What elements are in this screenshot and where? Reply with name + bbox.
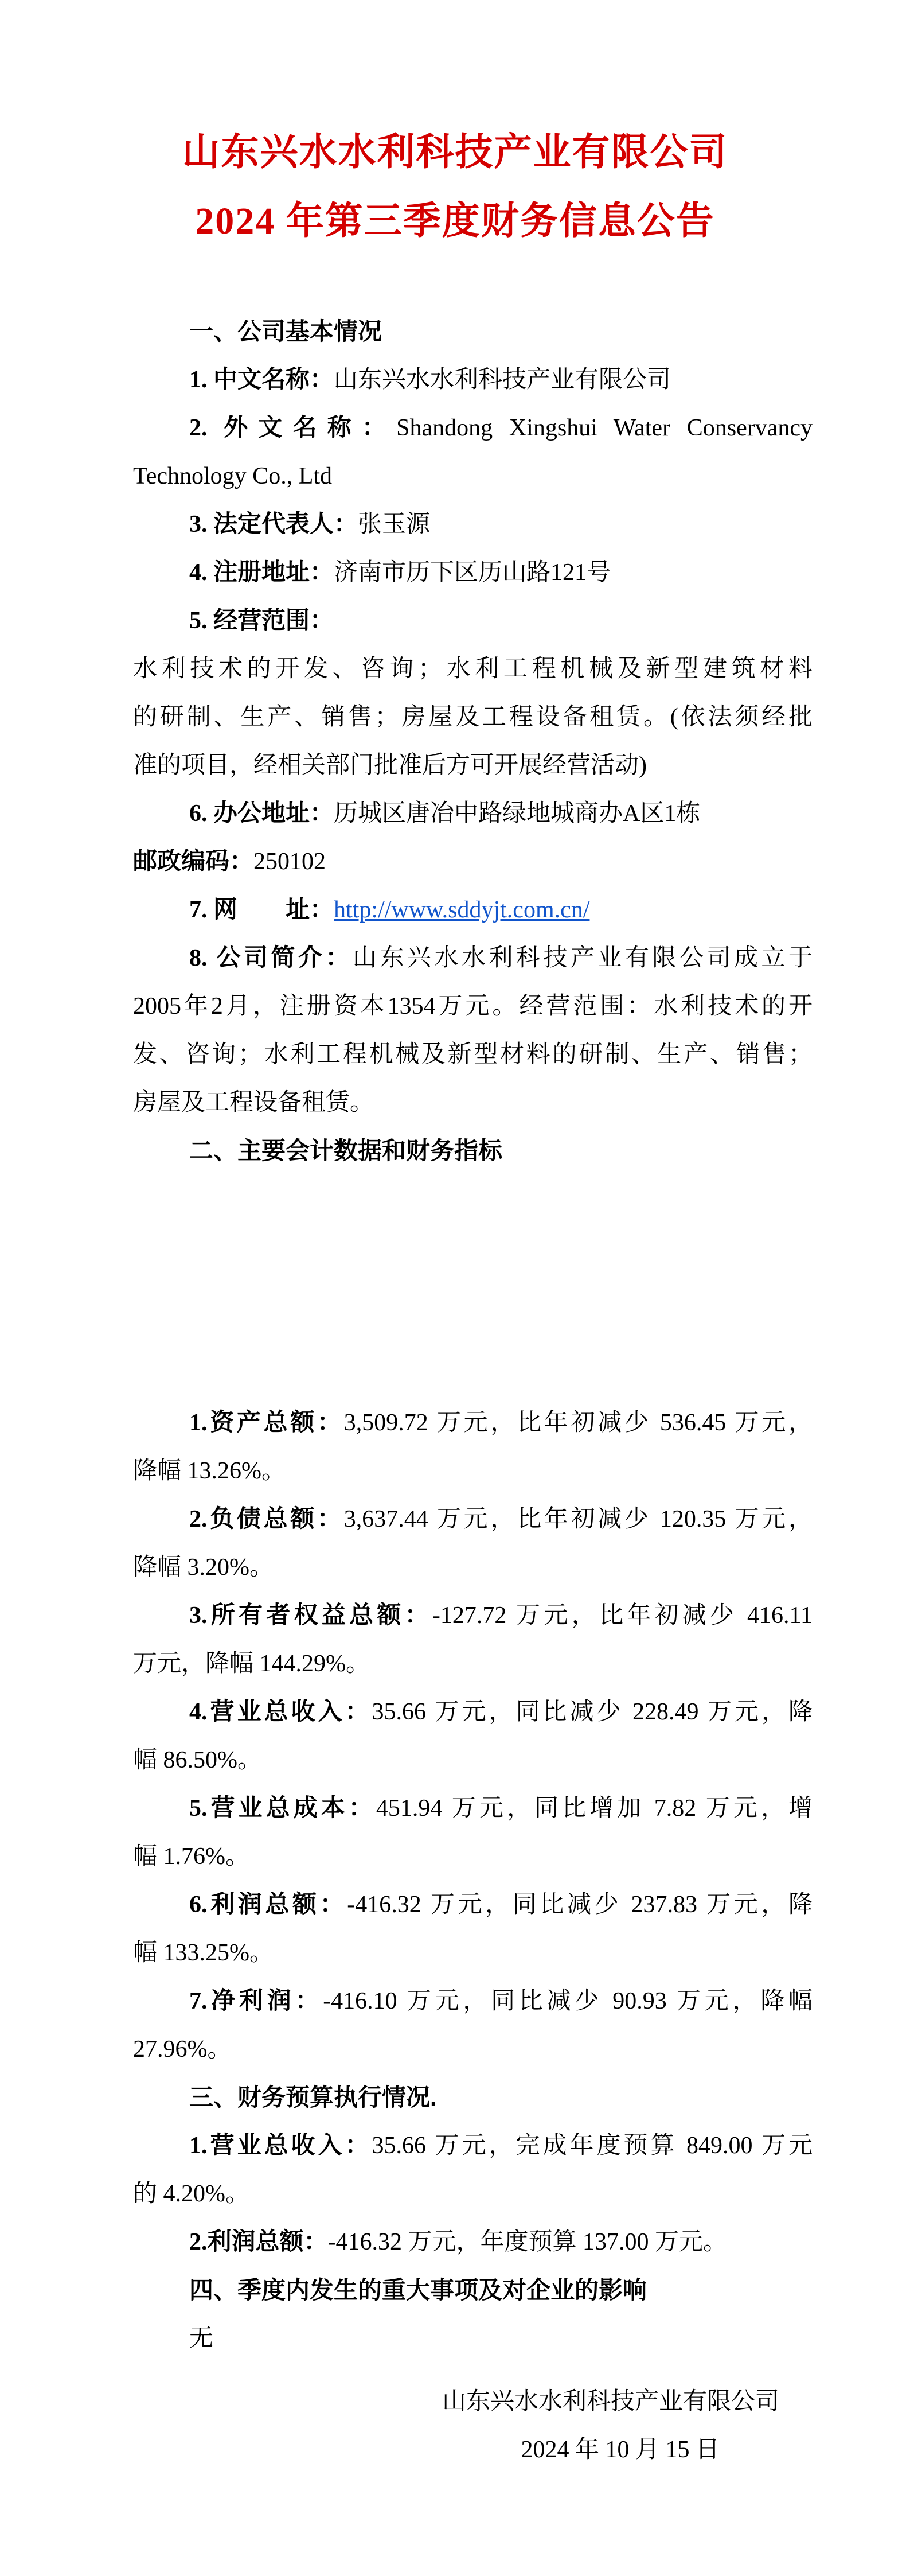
field-text: 发、咨询；水利工程机械及新型材料的研制、生产、销售； <box>133 1041 813 1068</box>
field-text: 山东兴水水利科技产业有限公司 <box>442 2388 779 2415</box>
field-label: 四、季度内发生的重大事项及对企业的影响 <box>189 2277 647 2303</box>
field-label: 7.净利润： <box>189 1988 323 2014</box>
field-text: 451.94 万元，同比增加 7.82 万元，增 <box>376 1795 813 1822</box>
field-text: 2005年2月，注册资本1354万元。经营范围：水利技术的开 <box>133 993 813 1019</box>
item-registered-address: 4. 注册地址：济南市历下区历山路121号 <box>133 548 813 597</box>
field-label: 5. 经营范围： <box>189 608 334 634</box>
document-title: 山东兴水水利科技产业有限公司 2024 年第三季度财务信息公告 <box>0 0 910 256</box>
field-label: 2.负债总额： <box>189 1506 344 1532</box>
owners-equity-line2: 万元，降幅 144.29%。 <box>133 1640 813 1688</box>
item-office-address: 6. 办公地址：历城区唐冶中路绿地城商办A区1栋 <box>133 789 813 838</box>
signature-company: 山东兴水水利科技产业有限公司 <box>133 2377 813 2426</box>
field-text: 降幅 3.20%。 <box>133 1554 274 1581</box>
field-label: 4.营业总收入： <box>189 1699 372 1725</box>
item-foreign-name-cont: Technology Co., Ltd <box>133 452 813 500</box>
signature-date: 2024 年 10 月 15 日 <box>133 2426 813 2474</box>
field-label: 6. 办公地址： <box>189 800 334 827</box>
field-label: 一、公司基本情况 <box>189 318 382 345</box>
field-text: 山东兴水水利科技产业有限公司 <box>334 367 671 393</box>
field-label: 1. 中文名称： <box>189 367 334 393</box>
field-text: -416.32 万元，同比减少 237.83 万元，降 <box>347 1892 813 1918</box>
field-text: 降幅 13.26%。 <box>133 1458 286 1484</box>
field-label: 6.利润总额： <box>189 1892 347 1918</box>
company-profile-line2: 2005年2月，注册资本1354万元。经营范围：水利技术的开 <box>133 982 813 1030</box>
section4-heading: 四、季度内发生的重大事项及对企业的影响 <box>133 2266 813 2314</box>
operating-cost-line2: 幅 1.76%。 <box>133 1832 813 1881</box>
field-text: 的 4.20%。 <box>133 2181 249 2207</box>
field-label: 1.资产总额： <box>189 1410 344 1436</box>
total-assets-line2: 降幅 13.26%。 <box>133 1447 813 1495</box>
business-scope-line3: 准的项目，经相关部门批准后方可开展经营活动) <box>133 741 813 789</box>
field-text: 27.96%。 <box>133 2036 232 2063</box>
field-text: 房屋及工程设备租赁。 <box>133 1089 374 1116</box>
business-scope-line2: 的研制、生产、销售；房屋及工程设备租赁。(依法须经批 <box>133 693 813 741</box>
owners-equity-line1: 3.所有者权益总额：-127.72 万元，比年初减少 416.11 <box>133 1591 813 1640</box>
field-text: 山东兴水水利科技产业有限公司成立于 <box>353 945 813 971</box>
item-legal-representative: 3. 法定代表人：张玉源 <box>133 500 813 548</box>
field-label: 3.所有者权益总额： <box>189 1602 432 1629</box>
budget-revenue-line1: 1.营业总收入：35.66 万元，完成年度预算 849.00 万元 <box>133 2122 813 2170</box>
document-title-line2: 2024 年第三季度财务信息公告 <box>0 187 910 256</box>
field-label: 4. 注册地址： <box>189 559 334 586</box>
field-text: 3,637.44 万元，比年初减少 120.35 万元， <box>344 1506 813 1532</box>
field-label: 5.营业总成本： <box>189 1795 376 1822</box>
website-link[interactable]: http://www.sddyjt.com.cn/ <box>334 897 589 923</box>
field-label: 1.营业总收入： <box>189 2133 372 2159</box>
field-label: 三、财务预算执行情况. <box>189 2084 437 2111</box>
item-postal-code: 邮政编码：250102 <box>133 838 813 886</box>
operating-revenue-line1: 4.营业总收入：35.66 万元，同比减少 228.49 万元，降 <box>133 1688 813 1736</box>
field-text: Technology Co., Ltd <box>133 463 332 489</box>
field-text: 济南市历下区历山路121号 <box>334 559 611 586</box>
field-label: 3. 法定代表人： <box>189 511 358 538</box>
field-text: -416.32 万元，年度预算 137.00 万元。 <box>328 2229 728 2255</box>
item-company-profile: 8. 公司简介：山东兴水水利科技产业有限公司成立于 <box>133 934 813 982</box>
field-text: 2024 年 10 月 15 日 <box>521 2437 720 2463</box>
field-label: 邮政编码： <box>133 849 253 875</box>
field-label: 二、主要会计数据和财务指标 <box>189 1137 502 1164</box>
field-label: 2.利润总额： <box>189 2229 328 2255</box>
field-text: -416.10 万元，同比减少 90.93 万元，降幅 <box>323 1988 813 2014</box>
field-text: 幅 1.76%。 <box>133 1843 249 1870</box>
field-text: 万元，降幅 144.29%。 <box>133 1651 370 1677</box>
section2-heading: 二、主要会计数据和财务指标 <box>133 1127 813 1175</box>
section3-heading: 三、财务预算执行情况. <box>133 2073 813 2122</box>
field-text: 幅 133.25%。 <box>133 1940 274 1966</box>
field-text: 水利技术的开发、咨询；水利工程机械及新型建筑材料 <box>133 656 813 682</box>
total-assets-line1: 1.资产总额：3,509.72 万元，比年初减少 536.45 万元， <box>133 1399 813 1447</box>
total-profit-line2: 幅 133.25%。 <box>133 1929 813 1977</box>
net-profit-line1: 7.净利润：-416.10 万元，同比减少 90.93 万元，降幅 <box>133 1977 813 2025</box>
field-text: 的研制、生产、销售；房屋及工程设备租赁。(依法须经批 <box>133 704 813 730</box>
field-label: 7. 网 址： <box>189 897 334 923</box>
business-scope-line1: 水利技术的开发、咨询；水利工程机械及新型建筑材料 <box>133 645 813 693</box>
document-title-line1: 山东兴水水利科技产业有限公司 <box>0 118 910 187</box>
operating-cost-line1: 5.营业总成本：451.94 万元，同比增加 7.82 万元，增 <box>133 1784 813 1832</box>
document-body: 一、公司基本情况1. 中文名称：山东兴水水利科技产业有限公司2. 外文名称：Sh… <box>133 308 813 2474</box>
field-text: 无 <box>189 2325 213 2352</box>
field-text: 250102 <box>253 849 326 875</box>
field-text: 35.66 万元，完成年度预算 849.00 万元 <box>372 2133 813 2159</box>
budget-profit: 2.利润总额：-416.32 万元，年度预算 137.00 万元。 <box>133 2218 813 2266</box>
section2-blank-space <box>133 1175 813 1399</box>
item-foreign-name: 2. 外文名称：Shandong Xingshui Water Conserva… <box>133 404 813 452</box>
budget-revenue-line2: 的 4.20%。 <box>133 2170 813 2218</box>
field-label: 2. 外文名称： <box>189 415 396 441</box>
section1-heading: 一、公司基本情况 <box>133 308 813 356</box>
field-label: 8. 公司简介： <box>189 945 353 971</box>
field-text: Shandong Xingshui Water Conservancy <box>396 415 813 441</box>
field-text: 张玉源 <box>358 511 430 538</box>
net-profit-line2: 27.96%。 <box>133 2025 813 2073</box>
company-profile-line4: 房屋及工程设备租赁。 <box>133 1079 813 1127</box>
item-business-scope-label: 5. 经营范围： <box>133 597 813 645</box>
announcement-document: 山东兴水水利科技产业有限公司 2024 年第三季度财务信息公告 一、公司基本情况… <box>0 0 910 2576</box>
total-liabilities-line1: 2.负债总额：3,637.44 万元，比年初减少 120.35 万元， <box>133 1495 813 1543</box>
item-chinese-name: 1. 中文名称：山东兴水水利科技产业有限公司 <box>133 356 813 404</box>
section4-content: 无 <box>133 2314 813 2363</box>
operating-revenue-line2: 幅 86.50%。 <box>133 1736 813 1784</box>
field-text: 准的项目，经相关部门批准后方可开展经营活动) <box>133 752 647 779</box>
field-text: 3,509.72 万元，比年初减少 536.45 万元， <box>344 1410 813 1436</box>
field-text: 幅 86.50%。 <box>133 1747 261 1773</box>
total-liabilities-line2: 降幅 3.20%。 <box>133 1543 813 1591</box>
field-text: 历城区唐冶中路绿地城商办A区1栋 <box>334 800 700 827</box>
field-text: 35.66 万元，同比减少 228.49 万元，降 <box>372 1699 813 1725</box>
item-website: 7. 网 址：http://www.sddyjt.com.cn/ <box>133 886 813 934</box>
field-text: -127.72 万元，比年初减少 416.11 <box>432 1602 813 1629</box>
company-profile-line3: 发、咨询；水利工程机械及新型材料的研制、生产、销售； <box>133 1030 813 1079</box>
total-profit-line1: 6.利润总额：-416.32 万元，同比减少 237.83 万元，降 <box>133 1881 813 1929</box>
